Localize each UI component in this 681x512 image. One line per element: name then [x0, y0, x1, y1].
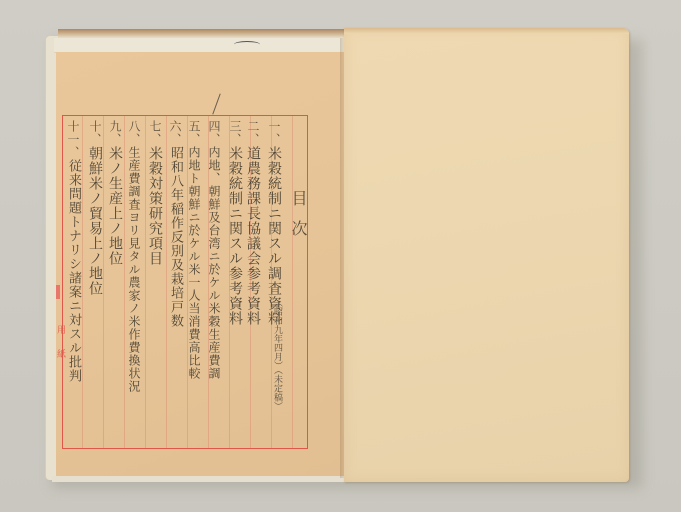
entry-text: 米ノ生産上ノ地位 — [107, 146, 123, 266]
entry-text: 内地ト朝鮮ニ於ケル米一人当消費高比較 — [187, 146, 201, 380]
rule-line — [292, 116, 293, 448]
entry-text: 生産費調査ヨリ見タル農家ノ米作費換状況 — [127, 146, 141, 393]
toc-entry: 三、米穀統制ニ関スル参考資料 — [227, 120, 243, 326]
rule-line — [103, 116, 104, 448]
red-tab-mark — [56, 285, 60, 299]
page-stack-top-strip — [54, 38, 348, 53]
rule-line — [82, 116, 83, 448]
entry-number: 五、 — [187, 120, 201, 146]
toc-entry: 十一、従来問題トナリシ諸案ニ対スル批判 — [66, 120, 80, 383]
entry-number: 一、 — [267, 120, 281, 146]
entry-number: 三、 — [228, 120, 242, 146]
entry-text: 朝鮮米ノ貿易上ノ地位 — [87, 146, 103, 296]
entry-number: 十一、 — [66, 120, 80, 159]
right-page-blank — [344, 28, 629, 482]
entry-number: 二、 — [246, 120, 260, 146]
toc-entry: 八、生産費調査ヨリ見タル農家ノ米作費換状況 — [127, 120, 140, 393]
entry-number: 四、 — [207, 120, 221, 146]
entry-text: 従来問題トナリシ諸案ニ対スル批判 — [66, 159, 81, 383]
toc-title: 目次 — [287, 190, 310, 250]
toc-entry: 九、米ノ生産上ノ地位 — [107, 120, 123, 266]
entry-note: （昭和九年四月）（未定稿） — [271, 298, 284, 411]
entry-number: 十、 — [88, 120, 102, 146]
toc-entry: 六、昭和八年稲作反別及栽培戸数 — [167, 120, 183, 328]
toc-entry: 四、内地、朝鮮及台湾ニ於ケル米穀生産費調 — [207, 120, 221, 380]
toc-entry: 十、朝鮮米ノ貿易上ノ地位 — [87, 120, 103, 296]
toc-entry: 一、米穀統制ニ関スル調査資料 — [266, 120, 282, 326]
staple-mark — [234, 41, 260, 48]
toc-entry: 七、米穀対策研究項目 — [147, 120, 163, 266]
entry-text: 米穀対策研究項目 — [147, 146, 163, 266]
entry-number: 八、 — [127, 120, 141, 146]
entry-text: 昭和八年稲作反別及栽培戸数 — [168, 146, 183, 328]
entry-number: 七、 — [148, 120, 162, 146]
right-page-top-edge — [344, 28, 629, 34]
rule-line — [124, 116, 125, 448]
entry-text: 内地、朝鮮及台湾ニ於ケル米穀生産費調 — [207, 146, 221, 380]
entry-text: 道農務課長協議会参考資料 — [245, 146, 261, 326]
entry-number: 六、 — [168, 120, 182, 146]
entry-number: 九、 — [108, 120, 122, 146]
toc-entry: 二、道農務課長協議会参考資料 — [245, 120, 261, 326]
toc-entry: 五、内地ト朝鮮ニ於ケル米一人当消費高比較 — [187, 120, 201, 380]
rule-line — [145, 116, 146, 448]
left-page-bottom-edge — [52, 476, 348, 482]
entry-text: 米穀統制ニ関スル参考資料 — [227, 146, 243, 326]
